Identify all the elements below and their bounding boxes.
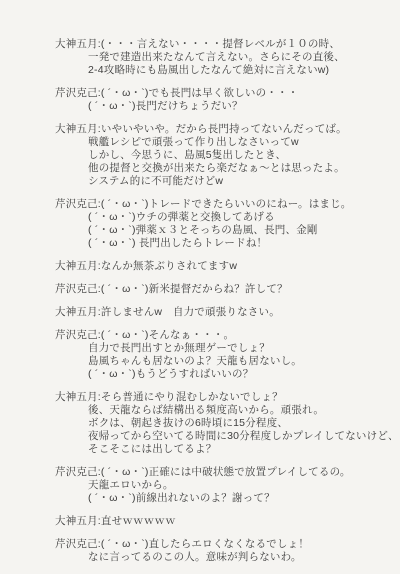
dialogue-text: ( ´・ω・`)新米提督だからね？許して？ — [101, 283, 288, 295]
dialogue-line: ボクは、朝起き抜けの6時頃に15分程度、 — [55, 417, 395, 430]
speaker-name: 大神五月: — [55, 306, 101, 318]
dialogue-line: ( ´・ω・`)弾薬ｘ３とそっちの島風、長門、金剛 — [55, 224, 395, 237]
dialogue-line: ( ´・ω・`)長門だけちょうだい？ — [55, 100, 395, 113]
speaker-name: 大神五月: — [55, 38, 101, 50]
dialogue-line: 大神五月:なんか無茶ぶりされてますw — [55, 260, 395, 273]
dialogue-line: ( ´・ω・`)もうどうすればいいの？ — [55, 368, 395, 381]
dialogue-block: 大神五月:そら普通にやり混むしかないでしょ？後、天龍ならば結構出る頻度高いから。… — [55, 391, 395, 456]
dialogue-block: 大神五月:直せｗｗｗｗｗ — [55, 515, 395, 528]
speaker-name: 大神五月: — [55, 515, 101, 527]
dialogue-text: ( ´・ω・`)そんなぁ・・・。 — [101, 329, 234, 341]
dialogue-block: 大神五月:いやいやいや。だから長門持ってないんだってば。戦艦レシピで頑張って作り… — [55, 123, 395, 188]
dialogue-block: 芹沢克己:( ´・ω・`)そんなぁ・・・。自力で長門出すとか無理ゲーでしょ？島風… — [55, 329, 395, 381]
speaker-name: 芹沢克己: — [55, 87, 101, 99]
dialogue-text: 許しませんw 自力で頑張りなさい。 — [101, 306, 280, 318]
dialogue-line: 島風ちゃんも居ないのよ？天龍も居ないし。 — [55, 355, 395, 368]
speaker-name: 大神五月: — [55, 260, 101, 272]
dialogue-line: 芹沢克己:( ´・ω・`)でも長門は早く欲しいの・・・ — [55, 87, 395, 100]
dialogue-line: ( ´・ω・`) 長門出したらトレードね！ — [55, 237, 395, 250]
dialogue-line: 大神五月:(・・・言えない・・・・提督レベルが１０の時、 — [55, 38, 395, 51]
speaker-name: 芹沢克己: — [55, 198, 101, 210]
dialogue-text: ( ´・ω・`)でも長門は早く欲しいの・・・ — [101, 87, 299, 99]
dialogue-page: 大神五月:(・・・言えない・・・・提督レベルが１０の時、一発で建造出来たなんて言… — [55, 38, 395, 560]
dialogue-line: 大神五月:許しませんw 自力で頑張りなさい。 — [55, 306, 395, 319]
dialogue-text: そら普通にやり混むしかないでしょ？ — [101, 391, 283, 403]
dialogue-block: 芹沢克己:( ´・ω・`)でも長門は早く欲しいの・・・( ´・ω・`)長門だけち… — [55, 87, 395, 113]
dialogue-line: 2-4攻略時にも島風出したなんて絶対に言えないw) — [55, 64, 395, 77]
dialogue-line: 戦艦レシピで頑張って作り出しなさいってw — [55, 136, 395, 149]
dialogue-line: 芹沢克己:( ´・ω・`)直したらエロくなくなるでしょ！ — [55, 538, 395, 551]
dialogue-text: (・・・言えない・・・・提督レベルが１０の時、 — [101, 38, 340, 50]
dialogue-block: 芹沢克己:( ´・ω・`)直したらエロくなくなるでしょ！なに言ってるのこの人。意… — [55, 538, 395, 560]
dialogue-line: ( ´・ω・`)ウチの弾薬と交換してあげる — [55, 211, 395, 224]
dialogue-line: 大神五月:そら普通にやり混むしかないでしょ？ — [55, 391, 395, 404]
speaker-name: 芹沢克己: — [55, 466, 101, 478]
speaker-name: 大神五月: — [55, 123, 101, 135]
dialogue-block: 大神五月:許しませんw 自力で頑張りなさい。 — [55, 306, 395, 319]
dialogue-line: 自力で長門出すとか無理ゲーでしょ？ — [55, 342, 395, 355]
dialogue-line: ( ´・ω・`)前線出れないのよ？謝って？ — [55, 492, 395, 505]
speaker-name: 芹沢克己: — [55, 329, 101, 341]
dialogue-line: しかし、今思うに、島風5隻出したとき、 — [55, 149, 395, 162]
speaker-name: 芹沢克己: — [55, 283, 101, 295]
dialogue-text: ( ´・ω・`)トレードできたらいいのにねー。はまじ。 — [101, 198, 352, 210]
dialogue-block: 大神五月:(・・・言えない・・・・提督レベルが１０の時、一発で建造出来たなんて言… — [55, 38, 395, 77]
dialogue-block: 芹沢克己:( ´・ω・`)新米提督だからね？許して？ — [55, 283, 395, 296]
dialogue-line: 芹沢克己:( ´・ω・`)新米提督だからね？許して？ — [55, 283, 395, 296]
dialogue-line: 芹沢克己:( ´・ω・`)正確には中破状態で放置プレイしてるの。 — [55, 466, 395, 479]
dialogue-line: 一発で建造出来たなんて言えない。さらにその直後、 — [55, 51, 395, 64]
dialogue-text: いやいやいや。だから長門持ってないんだってば。 — [101, 123, 347, 135]
dialogue-text: ( ´・ω・`)直したらエロくなくなるでしょ！ — [101, 538, 309, 550]
dialogue-line: 大神五月:いやいやいや。だから長門持ってないんだってば。 — [55, 123, 395, 136]
dialogue-block: 芹沢克己:( ´・ω・`)トレードできたらいいのにねー。はまじ。( ´・ω・`)… — [55, 198, 395, 250]
dialogue-text: 直せｗｗｗｗｗ — [101, 515, 176, 527]
dialogue-text: なんか無茶ぶりされてますw — [101, 260, 237, 272]
dialogue-line: そこそこには出してるよ？ — [55, 443, 395, 456]
speaker-name: 芹沢克己: — [55, 538, 101, 550]
dialogue-line: 夜帰ってから空いてる時間に30分程度しかプレイしてないけど、 — [55, 430, 395, 443]
dialogue-line: 後、天龍ならば結構出る頻度高いから。頑張れ。 — [55, 404, 395, 417]
dialogue-line: システム的に不可能だけどw — [55, 175, 395, 188]
dialogue-line: 芹沢克己:( ´・ω・`)そんなぁ・・・。 — [55, 329, 395, 342]
dialogue-line: 他の提督と交換が出来たら楽だなぁ～とは思ったよ。 — [55, 162, 395, 175]
speaker-name: 大神五月: — [55, 391, 101, 403]
dialogue-text: ( ´・ω・`)正確には中破状態で放置プレイしてるの。 — [101, 466, 351, 478]
dialogue-block: 芹沢克己:( ´・ω・`)正確には中破状態で放置プレイしてるの。天龍エロいから。… — [55, 466, 395, 505]
dialogue-line: 芹沢克己:( ´・ω・`)トレードできたらいいのにねー。はまじ。 — [55, 198, 395, 211]
dialogue-line: 大神五月:直せｗｗｗｗｗ — [55, 515, 395, 528]
dialogue-line: 天龍エロいから。 — [55, 479, 395, 492]
dialogue-block: 大神五月:なんか無茶ぶりされてますw — [55, 260, 395, 273]
dialogue-line: なに言ってるのこの人。意味が判らないわ。 — [55, 551, 395, 560]
